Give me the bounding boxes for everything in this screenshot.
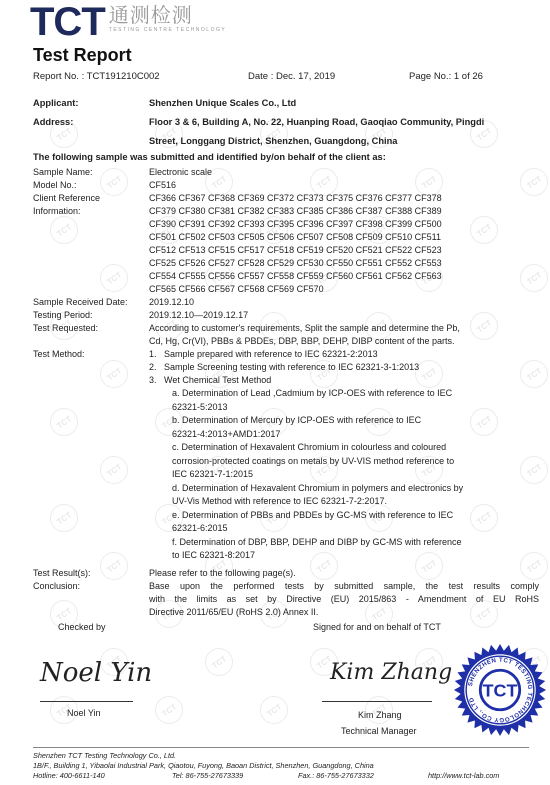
- footer-fax: Fax.: 86-755-27673332: [298, 771, 374, 780]
- client-reference-line: CF379 CF380 CF381 CF382 CF383 CF385 CF38…: [149, 205, 539, 217]
- client-reference-line: CF390 CF391 CF392 CF393 CF395 CF396 CF39…: [149, 218, 539, 230]
- test-method-subitem: IEC 62321-7-1:2015: [172, 468, 550, 480]
- address-line-2: Street, Longgang District, Shenzhen, Gua…: [149, 135, 539, 147]
- client-reference-line: CF512 CF513 CF515 CF517 CF518 CF519 CF52…: [149, 244, 539, 256]
- test-method-subitem: b. Determination of Mercury by ICP-OES w…: [172, 414, 550, 426]
- testing-period-label: Testing Period:: [33, 309, 143, 321]
- report-date: Date : Dec. 17, 2019: [248, 71, 335, 82]
- conclusion-line: with the limits as set by Directive (EU)…: [149, 593, 539, 605]
- testing-period-value: 2019.12.10—2019.12.17: [149, 309, 539, 321]
- signer-name: Kim Zhang: [358, 710, 402, 720]
- conclusion-line: Base upon the performed tests by submitt…: [149, 580, 539, 592]
- signer-title: Technical Manager: [341, 726, 417, 736]
- watermark-icon: TCT: [200, 643, 239, 682]
- test-method-subitem: 62321-5:2013: [172, 401, 550, 413]
- page-title: Test Report: [33, 45, 132, 66]
- tct-logo: TCT 通测检测 TESTING CENTRE TECHNOLOGY: [30, 2, 226, 42]
- logo-subtitle: TESTING CENTRE TECHNOLOGY: [109, 27, 226, 33]
- test-requested-line: Cd, Hg, Cr(VI), PBBs & PBDEs, DBP, BBP, …: [149, 335, 539, 347]
- client-reference-label-2: Information:: [33, 205, 143, 217]
- checker-signature-line: [40, 701, 133, 702]
- watermark-icon: TCT: [95, 451, 134, 490]
- sample-received-value: 2019.12.10: [149, 296, 539, 308]
- client-reference-line: CF554 CF555 CF556 CF557 CF558 CF559 CF56…: [149, 270, 539, 282]
- test-method-item: 1. Sample prepared with reference to IEC…: [149, 348, 539, 360]
- test-method-subitem: d. Determination of Hexavalent Chromium …: [172, 482, 550, 494]
- applicant-value: Shenzhen Unique Scales Co., Ltd: [149, 97, 539, 109]
- logo-text: TCT: [30, 2, 105, 42]
- client-reference-line: CF525 CF526 CF527 CF528 CF529 CF530 CF55…: [149, 257, 539, 269]
- sample-name-value: Electronic scale: [149, 166, 539, 178]
- test-method-subitem: corrosion-protected coatings on metals b…: [172, 455, 550, 467]
- report-number: Report No. : TCT191210C002: [33, 71, 160, 82]
- signer-signature: Kim Zhang: [330, 660, 452, 685]
- test-results-value: Please refer to the following page(s).: [149, 567, 539, 579]
- signer-signature-line: [322, 701, 432, 702]
- test-results-label: Test Result(s):: [33, 567, 143, 579]
- conclusion-label: Conclusion:: [33, 580, 143, 592]
- signed-for-label: Signed for and on behalf of TCT: [313, 622, 441, 632]
- checked-by-label: Checked by: [58, 622, 106, 632]
- page-number: Page No.: 1 of 26: [409, 71, 483, 82]
- test-method-subitem: c. Determination of Hexavalent Chromium …: [172, 441, 550, 453]
- test-method-subitem: UV-Vis Method with reference to IEC 6232…: [172, 495, 550, 507]
- test-method-subitem: to IEC 62321-8:2017: [172, 549, 550, 561]
- test-method-label: Test Method:: [33, 348, 143, 360]
- client-reference-label: Client Reference: [33, 192, 143, 204]
- footer-tel: Tel: 86-755-27673339: [172, 771, 243, 780]
- address-line-1: Floor 3 & 6, Building A, No. 22, Huanpin…: [149, 116, 539, 128]
- watermark-icon: TCT: [45, 403, 84, 442]
- client-reference-line: CF366 CF367 CF368 CF369 CF372 CF373 CF37…: [149, 192, 539, 204]
- watermark-icon: TCT: [95, 355, 134, 394]
- test-method-item: 2. Sample Screening testing with referen…: [149, 361, 539, 373]
- test-method-item: 3. Wet Chemical Test Method: [149, 374, 539, 386]
- test-method-subitem: e. Determination of PBBs and PBDEs by GC…: [172, 509, 550, 521]
- footer-company: Shenzhen TCT Testing Technology Co., Ltd…: [33, 751, 176, 760]
- address-label: Address:: [33, 116, 143, 128]
- test-method-subitem: 62321-6:2015: [172, 522, 550, 534]
- watermark-icon: TCT: [45, 499, 84, 538]
- footer-divider: [33, 747, 529, 748]
- checker-signature: Noel Yin: [40, 658, 152, 688]
- sample-received-label: Sample Received Date:: [33, 296, 143, 308]
- test-method-subitem: a. Determination of Lead ,Cadmium by ICP…: [172, 387, 550, 399]
- client-reference-line: CF501 CF502 CF503 CF505 CF506 CF507 CF50…: [149, 231, 539, 243]
- checker-name: Noel Yin: [67, 708, 101, 718]
- watermark-icon: TCT: [95, 259, 134, 298]
- watermark-icon: TCT: [255, 691, 294, 730]
- applicant-label: Applicant:: [33, 97, 143, 109]
- intro-text: The following sample was submitted and i…: [33, 151, 533, 163]
- sample-name-label: Sample Name:: [33, 166, 143, 178]
- conclusion-line: Directive 2011/65/EU (RoHS 2.0) Annex II…: [149, 606, 539, 618]
- footer-address: 1B/F., Building 1, Yibaolai Industrial P…: [33, 761, 374, 770]
- test-requested-line: According to customer's requirements, Sp…: [149, 322, 539, 334]
- model-no-value: CF516: [149, 179, 539, 191]
- footer-website[interactable]: http://www.tct-lab.com: [428, 771, 499, 780]
- logo-chinese: 通测检测: [109, 4, 226, 26]
- test-requested-label: Test Requested:: [33, 322, 143, 334]
- client-reference-line: CF565 CF566 CF567 CF568 CF569 CF570: [149, 283, 539, 295]
- footer-hotline: Hotline: 400-6611-140: [33, 771, 105, 780]
- model-no-label: Model No.:: [33, 179, 143, 191]
- tct-seal-icon: SHENZHEN TCT TESTING TECHNOLOGY CO., LTD…: [453, 643, 547, 737]
- test-method-subitem: 62321-4:2013+AMD1:2017: [172, 428, 550, 440]
- svg-text:TCT: TCT: [483, 681, 518, 701]
- test-method-subitem: f. Determination of DBP, BBP, DEHP and D…: [172, 536, 550, 548]
- watermark-icon: TCT: [150, 691, 189, 730]
